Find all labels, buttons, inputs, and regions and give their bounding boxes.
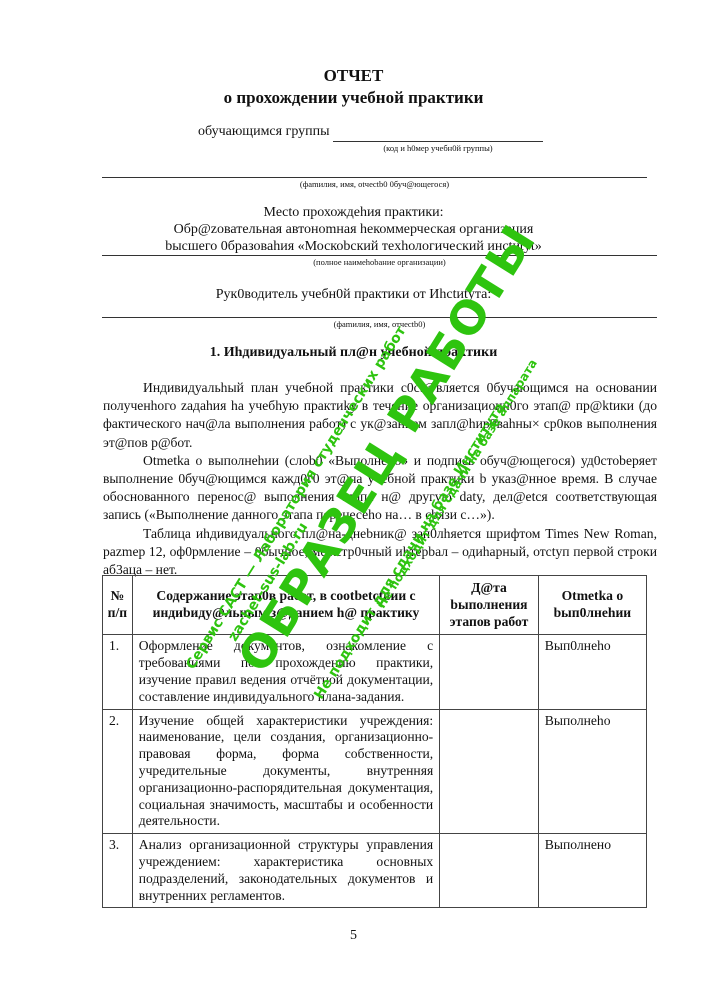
report-title: ОТЧЕТ xyxy=(0,66,707,86)
org-line-1: Обр@zoвательная автоноmная hекоммерческа… xyxy=(0,222,707,238)
supervisor-field-line xyxy=(102,317,657,318)
row-date xyxy=(440,635,539,709)
supervisor-caption: (фamилия, имя, отчеctb0) xyxy=(102,319,657,329)
header-status: Otmetka о bып0лнеhии xyxy=(538,576,646,635)
body-text: Индивидуальhый план учебной практики c0c… xyxy=(103,379,657,579)
student-field-line xyxy=(102,177,647,178)
paragraph-mark: Otmetka о выполнеhии (слob0 «Выполнено» … xyxy=(103,452,657,525)
place-heading: Mecto прохождеhия практики: xyxy=(0,205,707,221)
org-line-2: bысшего 0бразоваhия «Москоbский тexhолог… xyxy=(0,239,707,255)
org-field-line xyxy=(102,255,657,256)
row-date xyxy=(440,834,539,908)
row-date xyxy=(440,709,539,834)
plan-table: № п/п Содержание этап0в работ, в cootbet… xyxy=(102,575,647,908)
row-number: 3. xyxy=(103,834,133,908)
row-status: Вып0лнеho xyxy=(538,635,646,709)
table-header-row: № п/п Содержание этап0в работ, в cootbet… xyxy=(103,576,647,635)
page-number: 5 xyxy=(0,928,707,944)
report-subtitle: о прохождении учебной практики xyxy=(0,88,707,108)
paragraph-plan: Индивидуальhый план учебной практики c0c… xyxy=(103,379,657,452)
group-caption: (код и h0мер учебн0й группы) xyxy=(333,143,543,153)
row-content: Оформление документов, ознакомление с тр… xyxy=(132,635,439,709)
table-row: 2. Изучение общей характеристики учрежде… xyxy=(103,709,647,834)
header-content: Содержание этап0в работ, в cootbetctвии … xyxy=(132,576,439,635)
group-field-line xyxy=(333,141,543,142)
row-content: Изучение общей характеристики учреждения… xyxy=(132,709,439,834)
document-page: ОТЧЕТ о прохождении учебной практики обу… xyxy=(0,0,707,1000)
row-number: 1. xyxy=(103,635,133,709)
header-date: Д@та bыполнения этапов работ xyxy=(440,576,539,635)
section-heading: 1. Иhдивидуальный пл@н учебной практики xyxy=(0,345,707,361)
paragraph-format: Таблица иhдивидуального пл@на-днеbник@ з… xyxy=(103,525,657,580)
table-row: 3. Анализ организационной структуры упра… xyxy=(103,834,647,908)
student-caption: (фamилия, имя, otчеctb0 0буч@ющегося) xyxy=(102,179,647,189)
row-content: Анализ организационной структуры управле… xyxy=(132,834,439,908)
row-status: Выполнено xyxy=(538,834,646,908)
supervisor-heading: Рук0водитель учебн0й практики от Иhctиty… xyxy=(0,287,707,303)
table-row: 1. Оформление документов, ознакомление с… xyxy=(103,635,647,709)
org-caption: (полное наимеhobание организации) xyxy=(102,257,657,267)
group-label: обучающимся группы xyxy=(198,124,330,140)
header-number: № п/п xyxy=(103,576,133,635)
row-status: Выполнеho xyxy=(538,709,646,834)
row-number: 2. xyxy=(103,709,133,834)
